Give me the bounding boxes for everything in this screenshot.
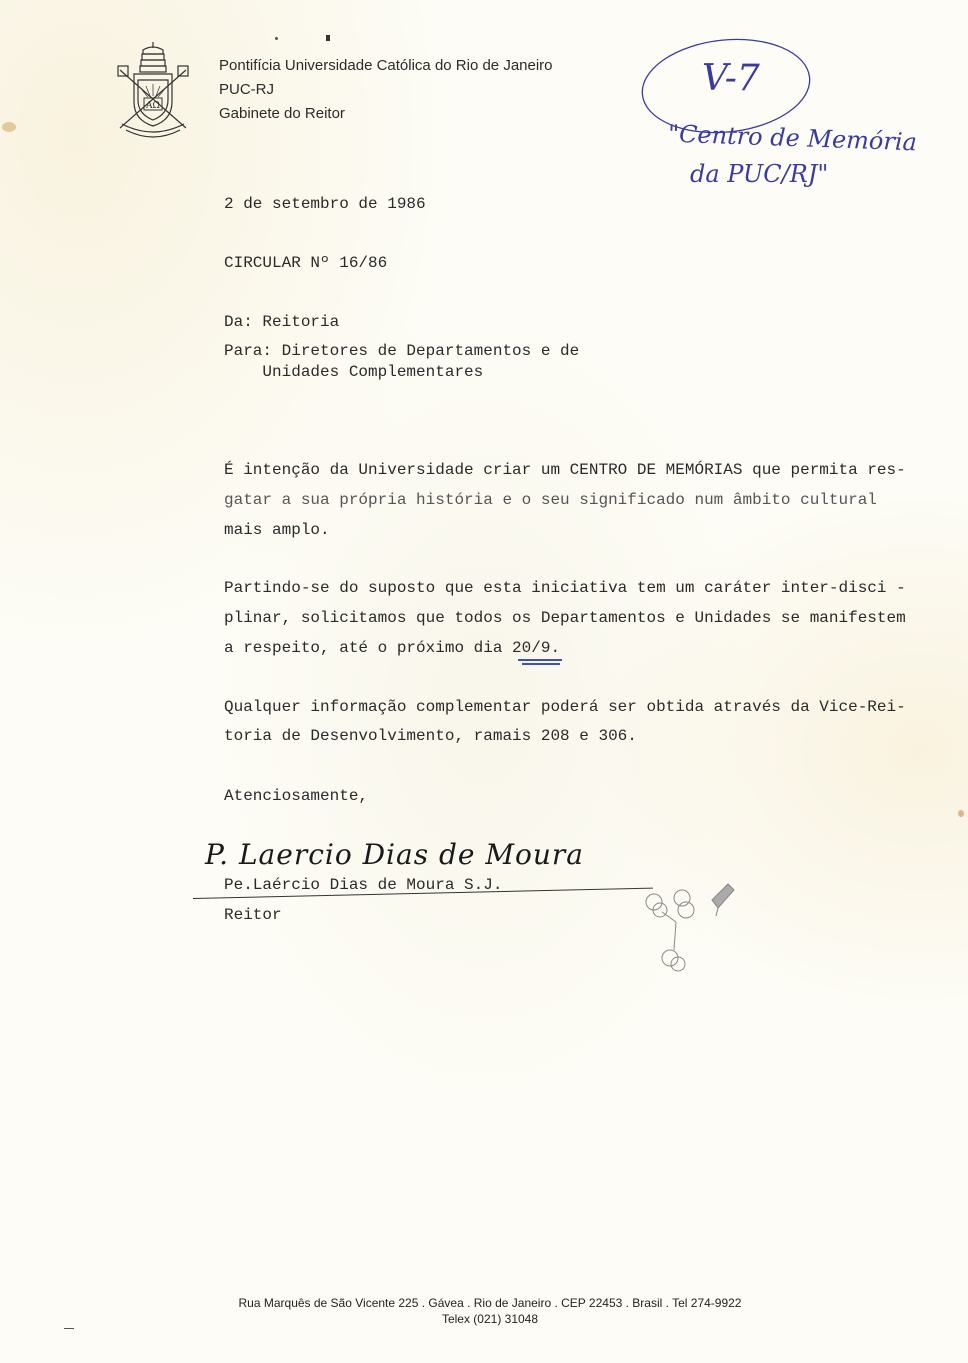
svg-text:AΩ: AΩ [145, 101, 160, 111]
print-speck [326, 35, 330, 41]
signatory-title: Reitor [224, 906, 282, 924]
institution-name: Pontifícia Universidade Católica do Rio … [219, 54, 553, 78]
margin-mark [64, 1328, 74, 1329]
handwritten-annotation: V-7 "Centro de Memória da PUC/RJ" [640, 32, 965, 217]
footer-telex: Telex (021) 31048 [190, 1311, 790, 1327]
paragraph-3-line-2: toria de Desenvolvimento, ramais 208 e 3… [224, 727, 637, 745]
circled-code: V-7 [702, 58, 760, 99]
paragraph-1-line-3: mais amplo. [224, 521, 330, 539]
closing: Atenciosamente, [224, 787, 368, 805]
deadline-underline [518, 659, 562, 661]
circular-number: CIRCULAR Nº 16/86 [224, 254, 387, 272]
university-crest-icon: AΩ [112, 40, 194, 140]
paper-stain [958, 810, 964, 817]
deadline-underline [522, 663, 560, 665]
to-line-2: Unidades Complementares [224, 363, 483, 381]
paragraph-2-line-2: plinar, solicitamos que todos os Departa… [224, 609, 906, 627]
signatory-name: Pe.Laércio Dias de Moura S.J. [224, 876, 502, 894]
note-line-2: da PUC/RJ" [690, 160, 828, 188]
to-line-1: Para: Diretores de Departamentos e de [224, 342, 579, 360]
pencil-doodle [640, 880, 750, 975]
paragraph-2-line-1: Partindo-se do suposto que esta iniciati… [224, 579, 906, 597]
footer-address: Rua Marquês de São Vicente 225 . Gávea .… [190, 1295, 790, 1311]
from-line: Da: Reitoria [224, 313, 339, 331]
signature: P. Laercio Dias de Moura [205, 838, 584, 871]
paragraph-1-line-2: gatar a sua própria história e o seu sig… [224, 491, 877, 509]
institution-acronym: PUC-RJ [219, 78, 553, 102]
paragraph-3-line-1: Qualquer informação complementar poderá … [224, 698, 906, 716]
letter-date: 2 de setembro de 1986 [224, 195, 426, 213]
paper-stain [2, 122, 16, 132]
paragraph-2-line-3: a respeito, até o próximo dia 20/9. [224, 639, 560, 657]
office-name: Gabinete do Reitor [219, 102, 553, 126]
print-speck [275, 37, 278, 40]
paragraph-1-line-1: É intenção da Universidade criar um CENT… [224, 461, 906, 479]
